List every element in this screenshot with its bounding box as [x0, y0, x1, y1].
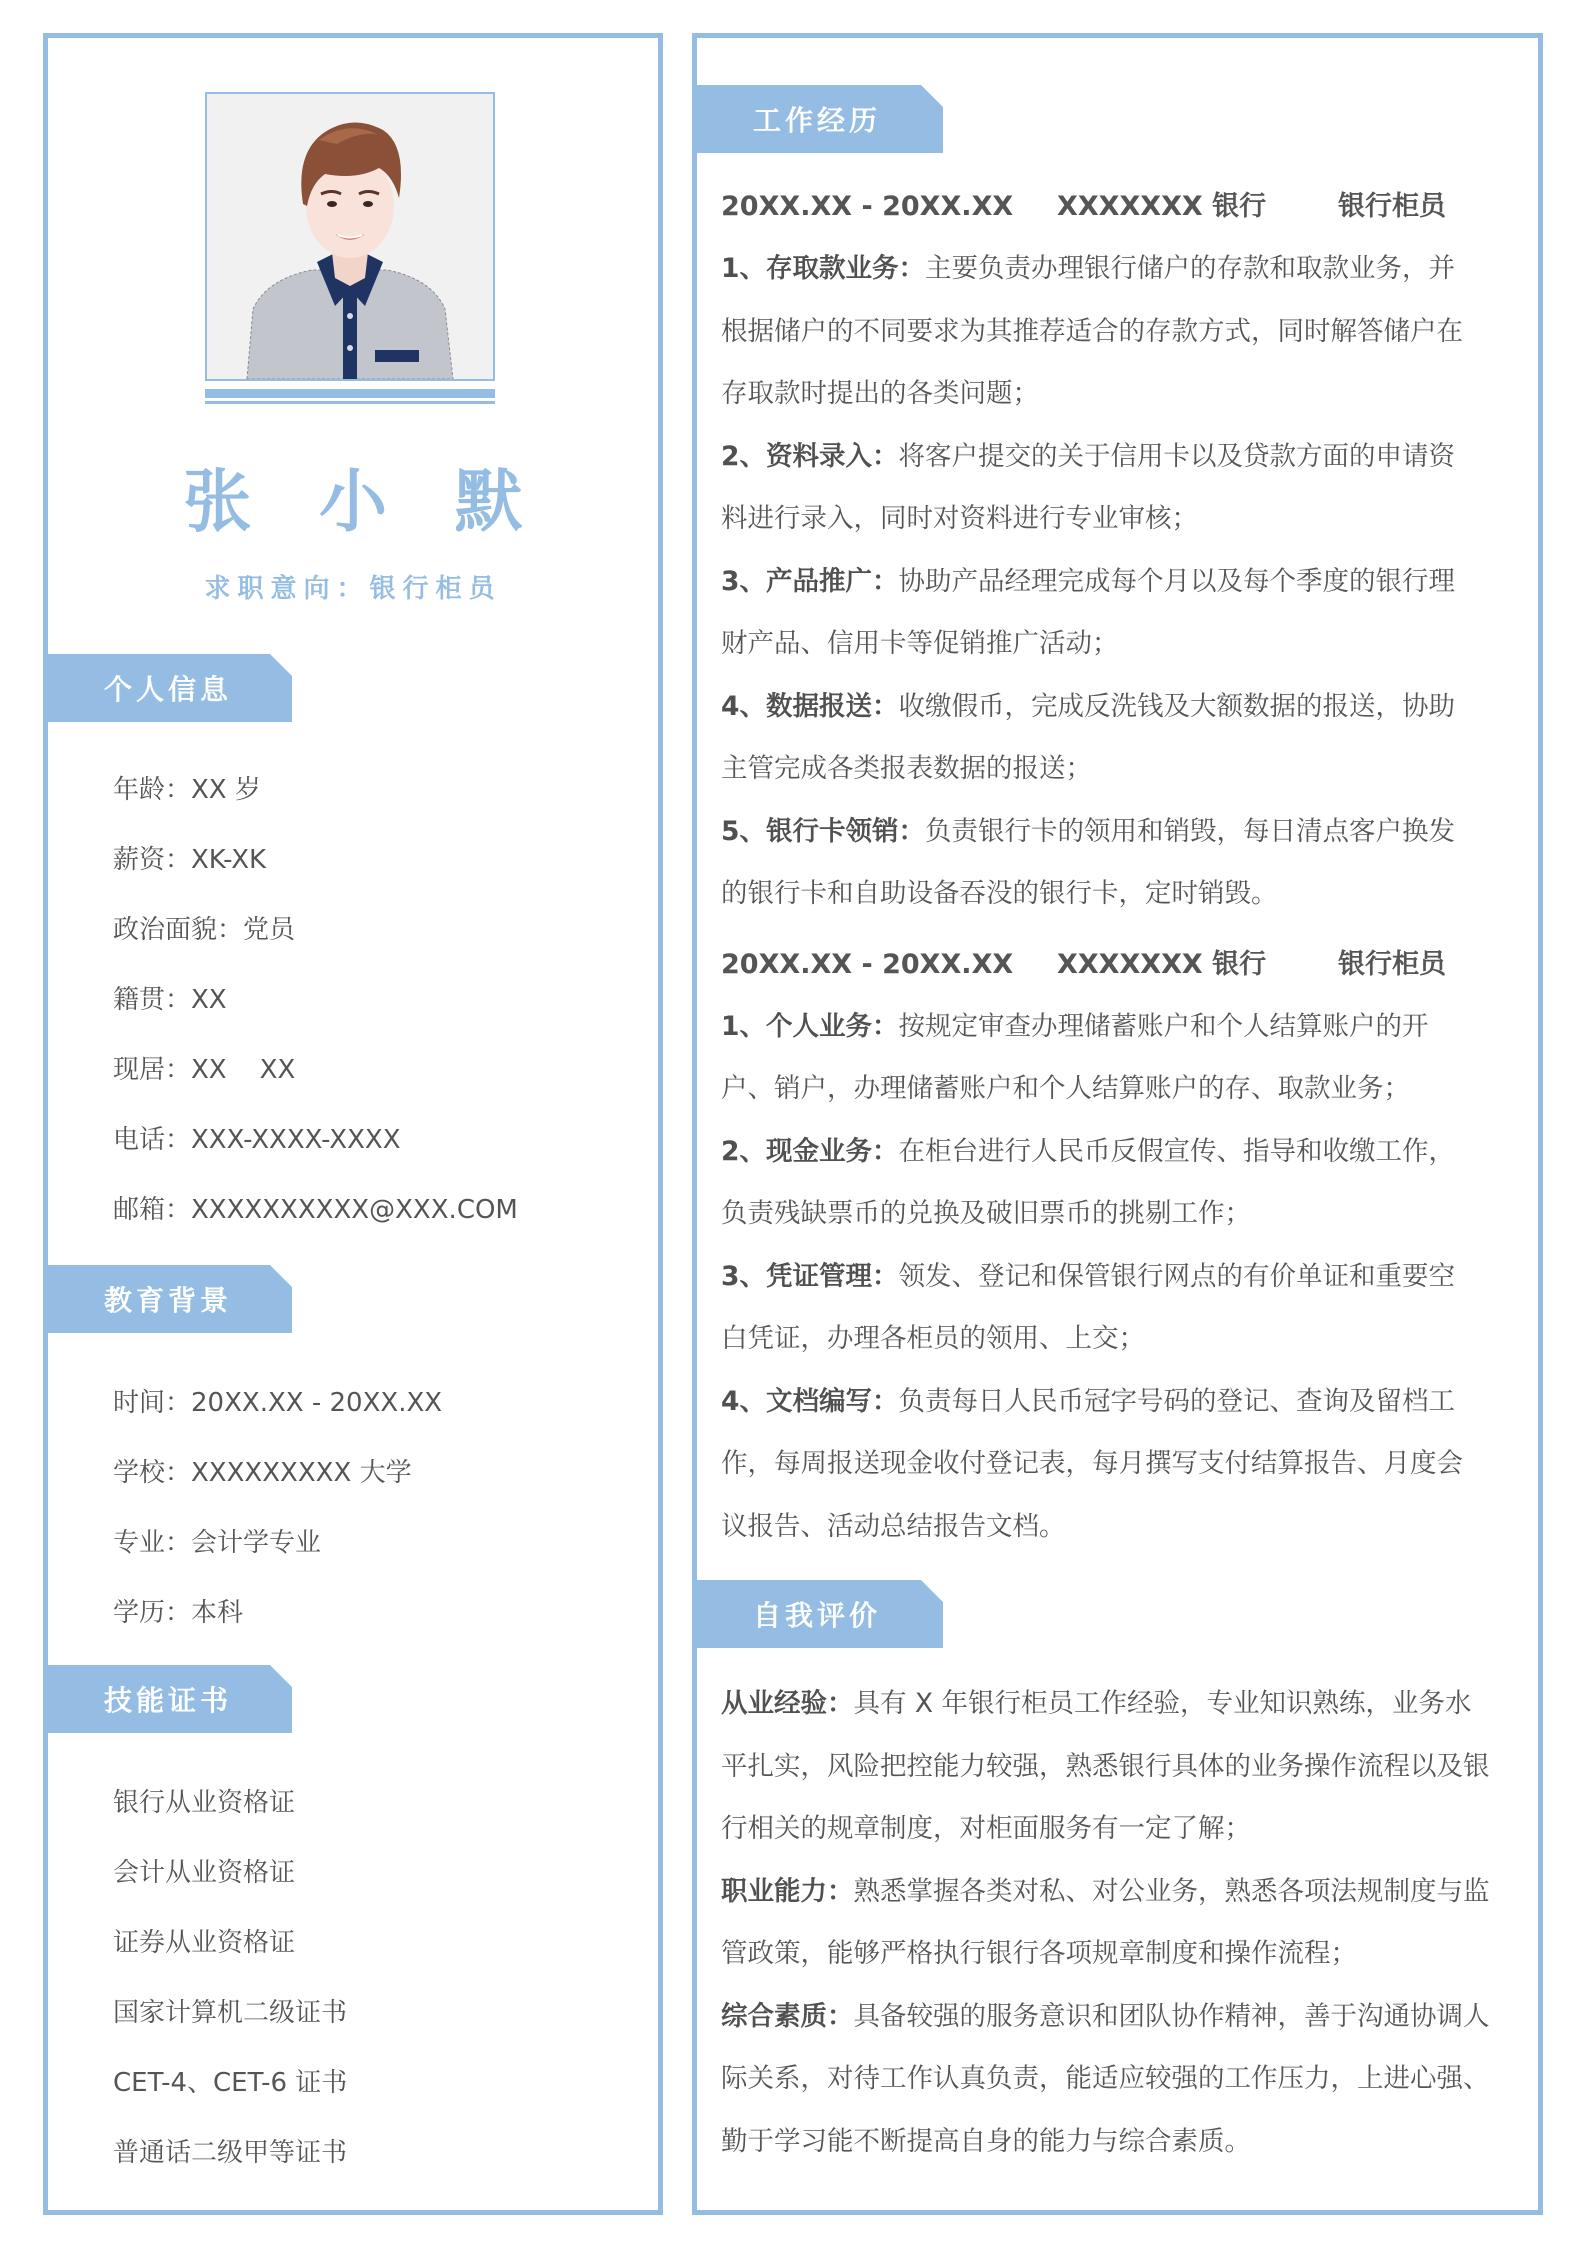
- info-hometown: 籍贯：XX: [113, 965, 518, 1035]
- job-duty: 2、资料录入：将客户提交的关于信用卡以及贷款方面的申请资料进行录入，同时对资料进…: [721, 426, 1481, 551]
- duty-label: 2、现金业务：: [721, 1136, 898, 1167]
- info-salary: 薪资：XK-XK: [113, 825, 518, 895]
- skill-item: CET-4、CET-6 证书: [113, 2048, 347, 2118]
- section-tab-education: 教育背景: [48, 1265, 292, 1333]
- skill-item: 普通话二级甲等证书: [113, 2118, 347, 2188]
- job-duty: 5、银行卡领销：负责银行卡的领用和销毁，每日清点客户换发的银行卡和自助设备吞没的…: [721, 801, 1481, 926]
- job-company: XXXXXXX 银行: [1057, 934, 1266, 996]
- right-column-frame: 工作经历 20XX.XX - 20XX.XX XXXXXXX 银行 银行柜员 1…: [692, 33, 1543, 2215]
- skill-item: 证券从业资格证: [113, 1908, 347, 1978]
- job-header: 20XX.XX - 20XX.XX XXXXXXX 银行 银行柜员: [721, 176, 1481, 238]
- self-eval-item: 从业经验：具有 X 年银行柜员工作经验，专业知识熟练，业务水平扎实，风险把控能力…: [721, 1673, 1496, 1861]
- education-list: 时间：20XX.XX - 20XX.XX 学校：XXXXXXXXX 大学 专业：…: [113, 1368, 442, 1648]
- left-column-frame: 张 小 默 求职意向：银行柜员 个人信息 年龄：XX 岁 薪资：XK-XK 政治…: [43, 33, 663, 2215]
- duty-label: 2、资料录入：: [721, 441, 898, 472]
- job-duty: 4、文档编写：负责每日人民币冠字号码的登记、查询及留档工作，每周报送现金收付登记…: [721, 1371, 1481, 1559]
- job-role: 银行柜员: [1338, 176, 1446, 238]
- skills-list: 银行从业资格证 会计从业资格证 证券从业资格证 国家计算机二级证书 CET-4、…: [113, 1768, 347, 2188]
- job-header: 20XX.XX - 20XX.XX XXXXXXX 银行 银行柜员: [721, 934, 1481, 996]
- duty-label: 1、存取款业务：: [721, 253, 925, 284]
- section-tab-work-experience: 工作经历: [697, 85, 943, 153]
- skill-item: 国家计算机二级证书: [113, 1978, 347, 2048]
- self-eval-item: 职业能力：熟悉掌握各类对私、对公业务，熟悉各项法规制度与监管政策，能够严格执行银…: [721, 1861, 1496, 1986]
- edu-major: 专业：会计学专业: [113, 1508, 442, 1578]
- skill-item: 会计从业资格证: [113, 1838, 347, 1908]
- edu-degree: 学历：本科: [113, 1578, 442, 1648]
- edu-school: 学校：XXXXXXXXX 大学: [113, 1438, 442, 1508]
- profile-photo: [205, 92, 495, 381]
- avatar-illustration-icon: [207, 94, 493, 379]
- job-intent: 求职意向：银行柜员: [48, 568, 658, 605]
- duty-label: 5、银行卡领销：: [721, 816, 925, 847]
- personal-info-list: 年龄：XX 岁 薪资：XK-XK 政治面貌：党员 籍贯：XX 现居：XX XX …: [113, 755, 518, 1245]
- duty-label: 3、凭证管理：: [721, 1261, 898, 1292]
- section-tab-self-evaluation: 自我评价: [697, 1580, 943, 1648]
- job-duty: 1、个人业务：按规定审查办理储蓄账户和个人结算账户的开户、销户，办理储蓄账户和个…: [721, 996, 1481, 1121]
- work-experience-block: 20XX.XX - 20XX.XX XXXXXXX 银行 银行柜员 1、存取款业…: [721, 176, 1481, 1558]
- self-eval-item: 综合素质：具备较强的服务意识和团队协作精神，善于沟通协调人际关系，对待工作认真负…: [721, 1986, 1496, 2174]
- job-duty: 2、现金业务：在柜台进行人民币反假宣传、指导和收缴工作，负责残缺票币的兑换及破旧…: [721, 1121, 1481, 1246]
- duty-label: 4、文档编写：: [721, 1386, 898, 1417]
- job-duty: 4、数据报送：收缴假币，完成反洗钱及大额数据的报送，协助主管完成各类报表数据的报…: [721, 676, 1481, 801]
- self-eval-label: 职业能力：: [721, 1876, 854, 1907]
- section-tab-skills: 技能证书: [48, 1665, 292, 1733]
- self-eval-label: 从业经验：: [721, 1688, 854, 1719]
- job-role: 银行柜员: [1338, 934, 1446, 996]
- job-duty: 1、存取款业务：主要负责办理银行储户的存款和取款业务，并根据储户的不同要求为其推…: [721, 238, 1481, 426]
- job-period: 20XX.XX - 20XX.XX: [721, 934, 1013, 996]
- photo-underline-thin: [205, 401, 495, 404]
- self-evaluation-block: 从业经验：具有 X 年银行柜员工作经验，专业知识熟练，业务水平扎实，风险把控能力…: [721, 1673, 1496, 2173]
- duty-label: 4、数据报送：: [721, 691, 898, 722]
- info-phone: 电话：XXX-XXXX-XXXX: [113, 1105, 518, 1175]
- info-email: 邮箱：XXXXXXXXXX@XXX.COM: [113, 1175, 518, 1245]
- skill-item: 银行从业资格证: [113, 1768, 347, 1838]
- job-duty: 3、凭证管理：领发、登记和保管银行网点的有价单证和重要空白凭证，办理各柜员的领用…: [721, 1246, 1481, 1371]
- job-duty: 3、产品推广：协助产品经理完成每个月以及每个季度的银行理财产品、信用卡等促销推广…: [721, 551, 1481, 676]
- photo-underline-thick: [205, 389, 495, 398]
- self-eval-label: 综合素质：: [721, 2001, 854, 2032]
- candidate-name: 张 小 默: [48, 448, 658, 545]
- info-age: 年龄：XX 岁: [113, 755, 518, 825]
- edu-period: 时间：20XX.XX - 20XX.XX: [113, 1368, 442, 1438]
- info-residence: 现居：XX XX: [113, 1035, 518, 1105]
- section-tab-personal-info: 个人信息: [48, 654, 292, 722]
- job-period: 20XX.XX - 20XX.XX: [721, 176, 1013, 238]
- info-political-status: 政治面貌：党员: [113, 895, 518, 965]
- duty-label: 3、产品推广：: [721, 566, 898, 597]
- job-company: XXXXXXX 银行: [1057, 176, 1266, 238]
- duty-label: 1、个人业务：: [721, 1011, 898, 1042]
